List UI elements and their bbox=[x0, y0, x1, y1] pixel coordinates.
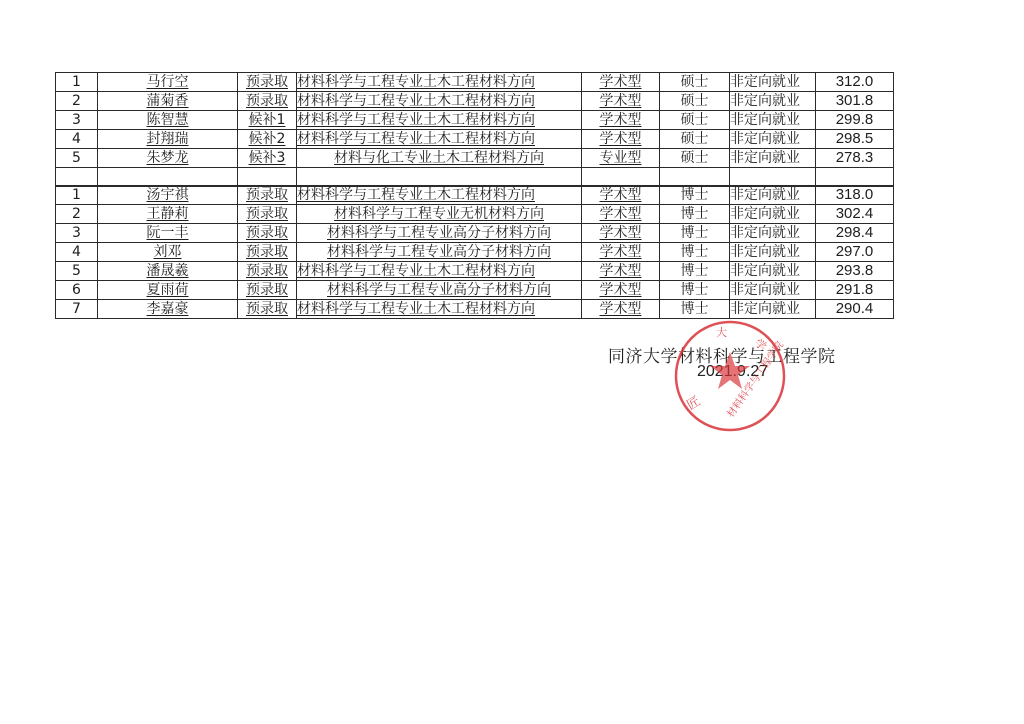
degree-level: 博士 bbox=[660, 262, 730, 281]
employment-type: 非定向就业 bbox=[730, 73, 816, 92]
degree-level: 硕士 bbox=[660, 149, 730, 168]
table-row: 4刘邓预录取材料科学与工程专业高分子材料方向学术型博士非定向就业297.0 bbox=[56, 243, 894, 262]
row-number: 5 bbox=[56, 149, 98, 168]
row-number: 4 bbox=[56, 130, 98, 149]
total-score: 293.8 bbox=[816, 262, 894, 281]
candidate-name: 蒲菊香 bbox=[98, 92, 238, 111]
degree-level: 博士 bbox=[660, 224, 730, 243]
candidate-name: 马行空 bbox=[98, 73, 238, 92]
program-direction: 材料科学与工程专业土木工程材料方向 bbox=[297, 186, 582, 205]
program-direction: 材料科学与工程专业高分子材料方向 bbox=[297, 224, 582, 243]
degree-level: 博士 bbox=[660, 281, 730, 300]
row-number: 2 bbox=[56, 205, 98, 224]
program-direction: 材料科学与工程专业土木工程材料方向 bbox=[297, 262, 582, 281]
degree-type: 学术型 bbox=[582, 300, 660, 319]
degree-type: 学术型 bbox=[582, 73, 660, 92]
total-score: 318.0 bbox=[816, 186, 894, 205]
employment-type: 非定向就业 bbox=[730, 281, 816, 300]
row-number: 3 bbox=[56, 224, 98, 243]
candidate-name: 王静莉 bbox=[98, 205, 238, 224]
row-number: 1 bbox=[56, 73, 98, 92]
empty-cell bbox=[816, 168, 894, 187]
masters-admission-table: 1马行空预录取材料科学与工程专业土木工程材料方向学术型硕士非定向就业312.02… bbox=[55, 72, 894, 187]
total-score: 312.0 bbox=[816, 73, 894, 92]
employment-type: 非定向就业 bbox=[730, 111, 816, 130]
table-row: 1马行空预录取材料科学与工程专业土木工程材料方向学术型硕士非定向就业312.0 bbox=[56, 73, 894, 92]
total-score: 301.8 bbox=[816, 92, 894, 111]
degree-type: 学术型 bbox=[582, 243, 660, 262]
empty-cell bbox=[582, 168, 660, 187]
degree-type: 学术型 bbox=[582, 205, 660, 224]
degree-type: 学术型 bbox=[582, 262, 660, 281]
row-number: 2 bbox=[56, 92, 98, 111]
total-score: 302.4 bbox=[816, 205, 894, 224]
employment-type: 非定向就业 bbox=[730, 149, 816, 168]
admission-status: 预录取 bbox=[238, 262, 297, 281]
candidate-name: 刘邓 bbox=[98, 243, 238, 262]
admission-status: 候补3 bbox=[238, 149, 297, 168]
program-direction: 材料科学与工程专业土木工程材料方向 bbox=[297, 111, 582, 130]
degree-level: 博士 bbox=[660, 243, 730, 262]
admission-status: 预录取 bbox=[238, 186, 297, 205]
total-score: 278.3 bbox=[816, 149, 894, 168]
degree-level: 硕士 bbox=[660, 92, 730, 111]
empty-cell bbox=[56, 168, 98, 187]
table-row: 5朱梦龙候补3材料与化工专业土木工程材料方向专业型硕士非定向就业278.3 bbox=[56, 149, 894, 168]
candidate-name: 陈智慧 bbox=[98, 111, 238, 130]
table-row: 2蒲菊香预录取材料科学与工程专业土木工程材料方向学术型硕士非定向就业301.8 bbox=[56, 92, 894, 111]
admission-status: 预录取 bbox=[238, 205, 297, 224]
employment-type: 非定向就业 bbox=[730, 130, 816, 149]
row-number: 3 bbox=[56, 111, 98, 130]
candidate-name: 夏雨荷 bbox=[98, 281, 238, 300]
row-number: 1 bbox=[56, 186, 98, 205]
doctoral-admission-table: 1汤宇祺预录取材料科学与工程专业土木工程材料方向学术型博士非定向就业318.02… bbox=[55, 185, 894, 319]
total-score: 291.8 bbox=[816, 281, 894, 300]
candidate-name: 李嘉豪 bbox=[98, 300, 238, 319]
employment-type: 非定向就业 bbox=[730, 186, 816, 205]
employment-type: 非定向就业 bbox=[730, 243, 816, 262]
admission-status: 预录取 bbox=[238, 281, 297, 300]
table-row: 7李嘉豪预录取材料科学与工程专业土木工程材料方向学术型博士非定向就业290.4 bbox=[56, 300, 894, 319]
degree-type: 学术型 bbox=[582, 281, 660, 300]
admission-status: 预录取 bbox=[238, 243, 297, 262]
degree-type: 学术型 bbox=[582, 92, 660, 111]
admission-status: 预录取 bbox=[238, 73, 297, 92]
candidate-name: 潘晟羲 bbox=[98, 262, 238, 281]
empty-cell bbox=[297, 168, 582, 187]
row-number: 4 bbox=[56, 243, 98, 262]
degree-level: 硕士 bbox=[660, 130, 730, 149]
official-seal-icon: 匠 材料科学与工程学院 大 学 bbox=[672, 318, 788, 434]
employment-type: 非定向就业 bbox=[730, 300, 816, 319]
table-row: 3陈智慧候补1材料科学与工程专业土木工程材料方向学术型硕士非定向就业299.8 bbox=[56, 111, 894, 130]
row-number: 5 bbox=[56, 262, 98, 281]
program-direction: 材料科学与工程专业土木工程材料方向 bbox=[297, 73, 582, 92]
total-score: 297.0 bbox=[816, 243, 894, 262]
table-row: 1汤宇祺预录取材料科学与工程专业土木工程材料方向学术型博士非定向就业318.0 bbox=[56, 186, 894, 205]
degree-level: 博士 bbox=[660, 300, 730, 319]
row-number: 6 bbox=[56, 281, 98, 300]
total-score: 299.8 bbox=[816, 111, 894, 130]
degree-type: 学术型 bbox=[582, 111, 660, 130]
degree-level: 博士 bbox=[660, 186, 730, 205]
degree-level: 硕士 bbox=[660, 111, 730, 130]
program-direction: 材料与化工专业土木工程材料方向 bbox=[297, 149, 582, 168]
admission-status: 候补2 bbox=[238, 130, 297, 149]
employment-type: 非定向就业 bbox=[730, 92, 816, 111]
degree-type: 学术型 bbox=[582, 130, 660, 149]
degree-type: 专业型 bbox=[582, 149, 660, 168]
admission-status: 预录取 bbox=[238, 224, 297, 243]
row-number: 7 bbox=[56, 300, 98, 319]
program-direction: 材料科学与工程专业土木工程材料方向 bbox=[297, 130, 582, 149]
program-direction: 材料科学与工程专业高分子材料方向 bbox=[297, 243, 582, 262]
program-direction: 材料科学与工程专业无机材料方向 bbox=[297, 205, 582, 224]
table-row: 2王静莉预录取材料科学与工程专业无机材料方向学术型博士非定向就业302.4 bbox=[56, 205, 894, 224]
table-row: 6夏雨荷预录取材料科学与工程专业高分子材料方向学术型博士非定向就业291.8 bbox=[56, 281, 894, 300]
degree-type: 学术型 bbox=[582, 186, 660, 205]
candidate-name: 封翔瑞 bbox=[98, 130, 238, 149]
svg-text:学: 学 bbox=[752, 336, 769, 353]
empty-cell bbox=[98, 168, 238, 187]
table-row: 4封翔瑞候补2材料科学与工程专业土木工程材料方向学术型硕士非定向就业298.5 bbox=[56, 130, 894, 149]
candidate-name: 阮一丰 bbox=[98, 224, 238, 243]
empty-cell bbox=[730, 168, 816, 187]
degree-level: 博士 bbox=[660, 205, 730, 224]
candidate-name: 汤宇祺 bbox=[98, 186, 238, 205]
program-direction: 材料科学与工程专业土木工程材料方向 bbox=[297, 300, 582, 319]
total-score: 290.4 bbox=[816, 300, 894, 319]
program-direction: 材料科学与工程专业土木工程材料方向 bbox=[297, 92, 582, 111]
candidate-name: 朱梦龙 bbox=[98, 149, 238, 168]
table-row: 3阮一丰预录取材料科学与工程专业高分子材料方向学术型博士非定向就业298.4 bbox=[56, 224, 894, 243]
program-direction: 材料科学与工程专业高分子材料方向 bbox=[297, 281, 582, 300]
degree-level: 硕士 bbox=[660, 73, 730, 92]
employment-type: 非定向就业 bbox=[730, 205, 816, 224]
empty-cell bbox=[238, 168, 297, 187]
admission-status: 候补1 bbox=[238, 111, 297, 130]
svg-text:大: 大 bbox=[716, 325, 727, 339]
employment-type: 非定向就业 bbox=[730, 262, 816, 281]
employment-type: 非定向就业 bbox=[730, 224, 816, 243]
total-score: 298.5 bbox=[816, 130, 894, 149]
blank-row bbox=[56, 168, 894, 187]
total-score: 298.4 bbox=[816, 224, 894, 243]
admission-status: 预录取 bbox=[238, 300, 297, 319]
table-row: 5潘晟羲预录取材料科学与工程专业土木工程材料方向学术型博士非定向就业293.8 bbox=[56, 262, 894, 281]
empty-cell bbox=[660, 168, 730, 187]
admission-status: 预录取 bbox=[238, 92, 297, 111]
degree-type: 学术型 bbox=[582, 224, 660, 243]
